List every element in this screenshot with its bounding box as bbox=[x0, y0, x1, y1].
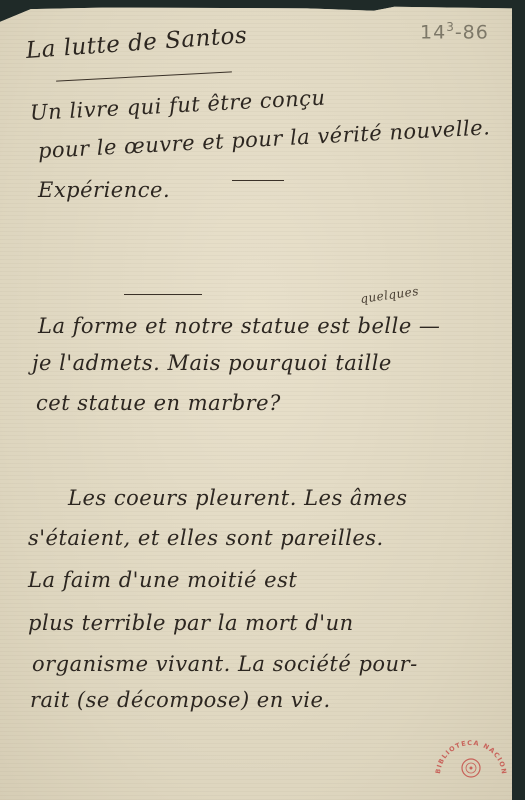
separator-dash bbox=[232, 180, 284, 181]
text-line: Les coeurs pleurent. Les âmes bbox=[68, 486, 408, 510]
manuscript-page: 143-86 La lutte de Santos Un livre qui f… bbox=[0, 6, 512, 800]
manuscript-title: La lutte de Santos bbox=[25, 23, 248, 64]
text-line: organisme vivant. La société pour- bbox=[32, 652, 418, 676]
text-line: Un livre qui fut être conçu bbox=[29, 86, 326, 125]
text-line: rait (se décompose) en vie. bbox=[30, 688, 331, 712]
text-line: s'étaient, et elles sont pareilles. bbox=[28, 526, 384, 550]
text-line: plus terrible par la mort d'un bbox=[28, 611, 354, 635]
stamp-seal-icon: BIBLIOTECA NACIONAL bbox=[432, 732, 510, 784]
interlinear-insertion: quelques bbox=[359, 284, 419, 306]
library-stamp: BIBLIOTECA NACIONAL bbox=[432, 732, 510, 784]
title-underline bbox=[56, 71, 232, 81]
call-number: 143-86 bbox=[420, 20, 489, 43]
text-line: pour le œuvre et pour la vérité nouvelle… bbox=[37, 115, 490, 163]
section-separator bbox=[124, 294, 202, 295]
text-line: je l'admets. Mais pourquoi taille bbox=[32, 351, 392, 375]
call-number-superscript: 3 bbox=[446, 20, 455, 34]
text-line: Expérience. bbox=[38, 178, 170, 202]
text-line: La forme et notre statue est belle — bbox=[38, 314, 440, 338]
text-line: cet statue en marbre? bbox=[36, 391, 281, 415]
call-number-suffix: -86 bbox=[455, 21, 489, 43]
text-line: La faim d'une moitié est bbox=[28, 568, 297, 592]
call-number-main: 14 bbox=[420, 21, 446, 43]
